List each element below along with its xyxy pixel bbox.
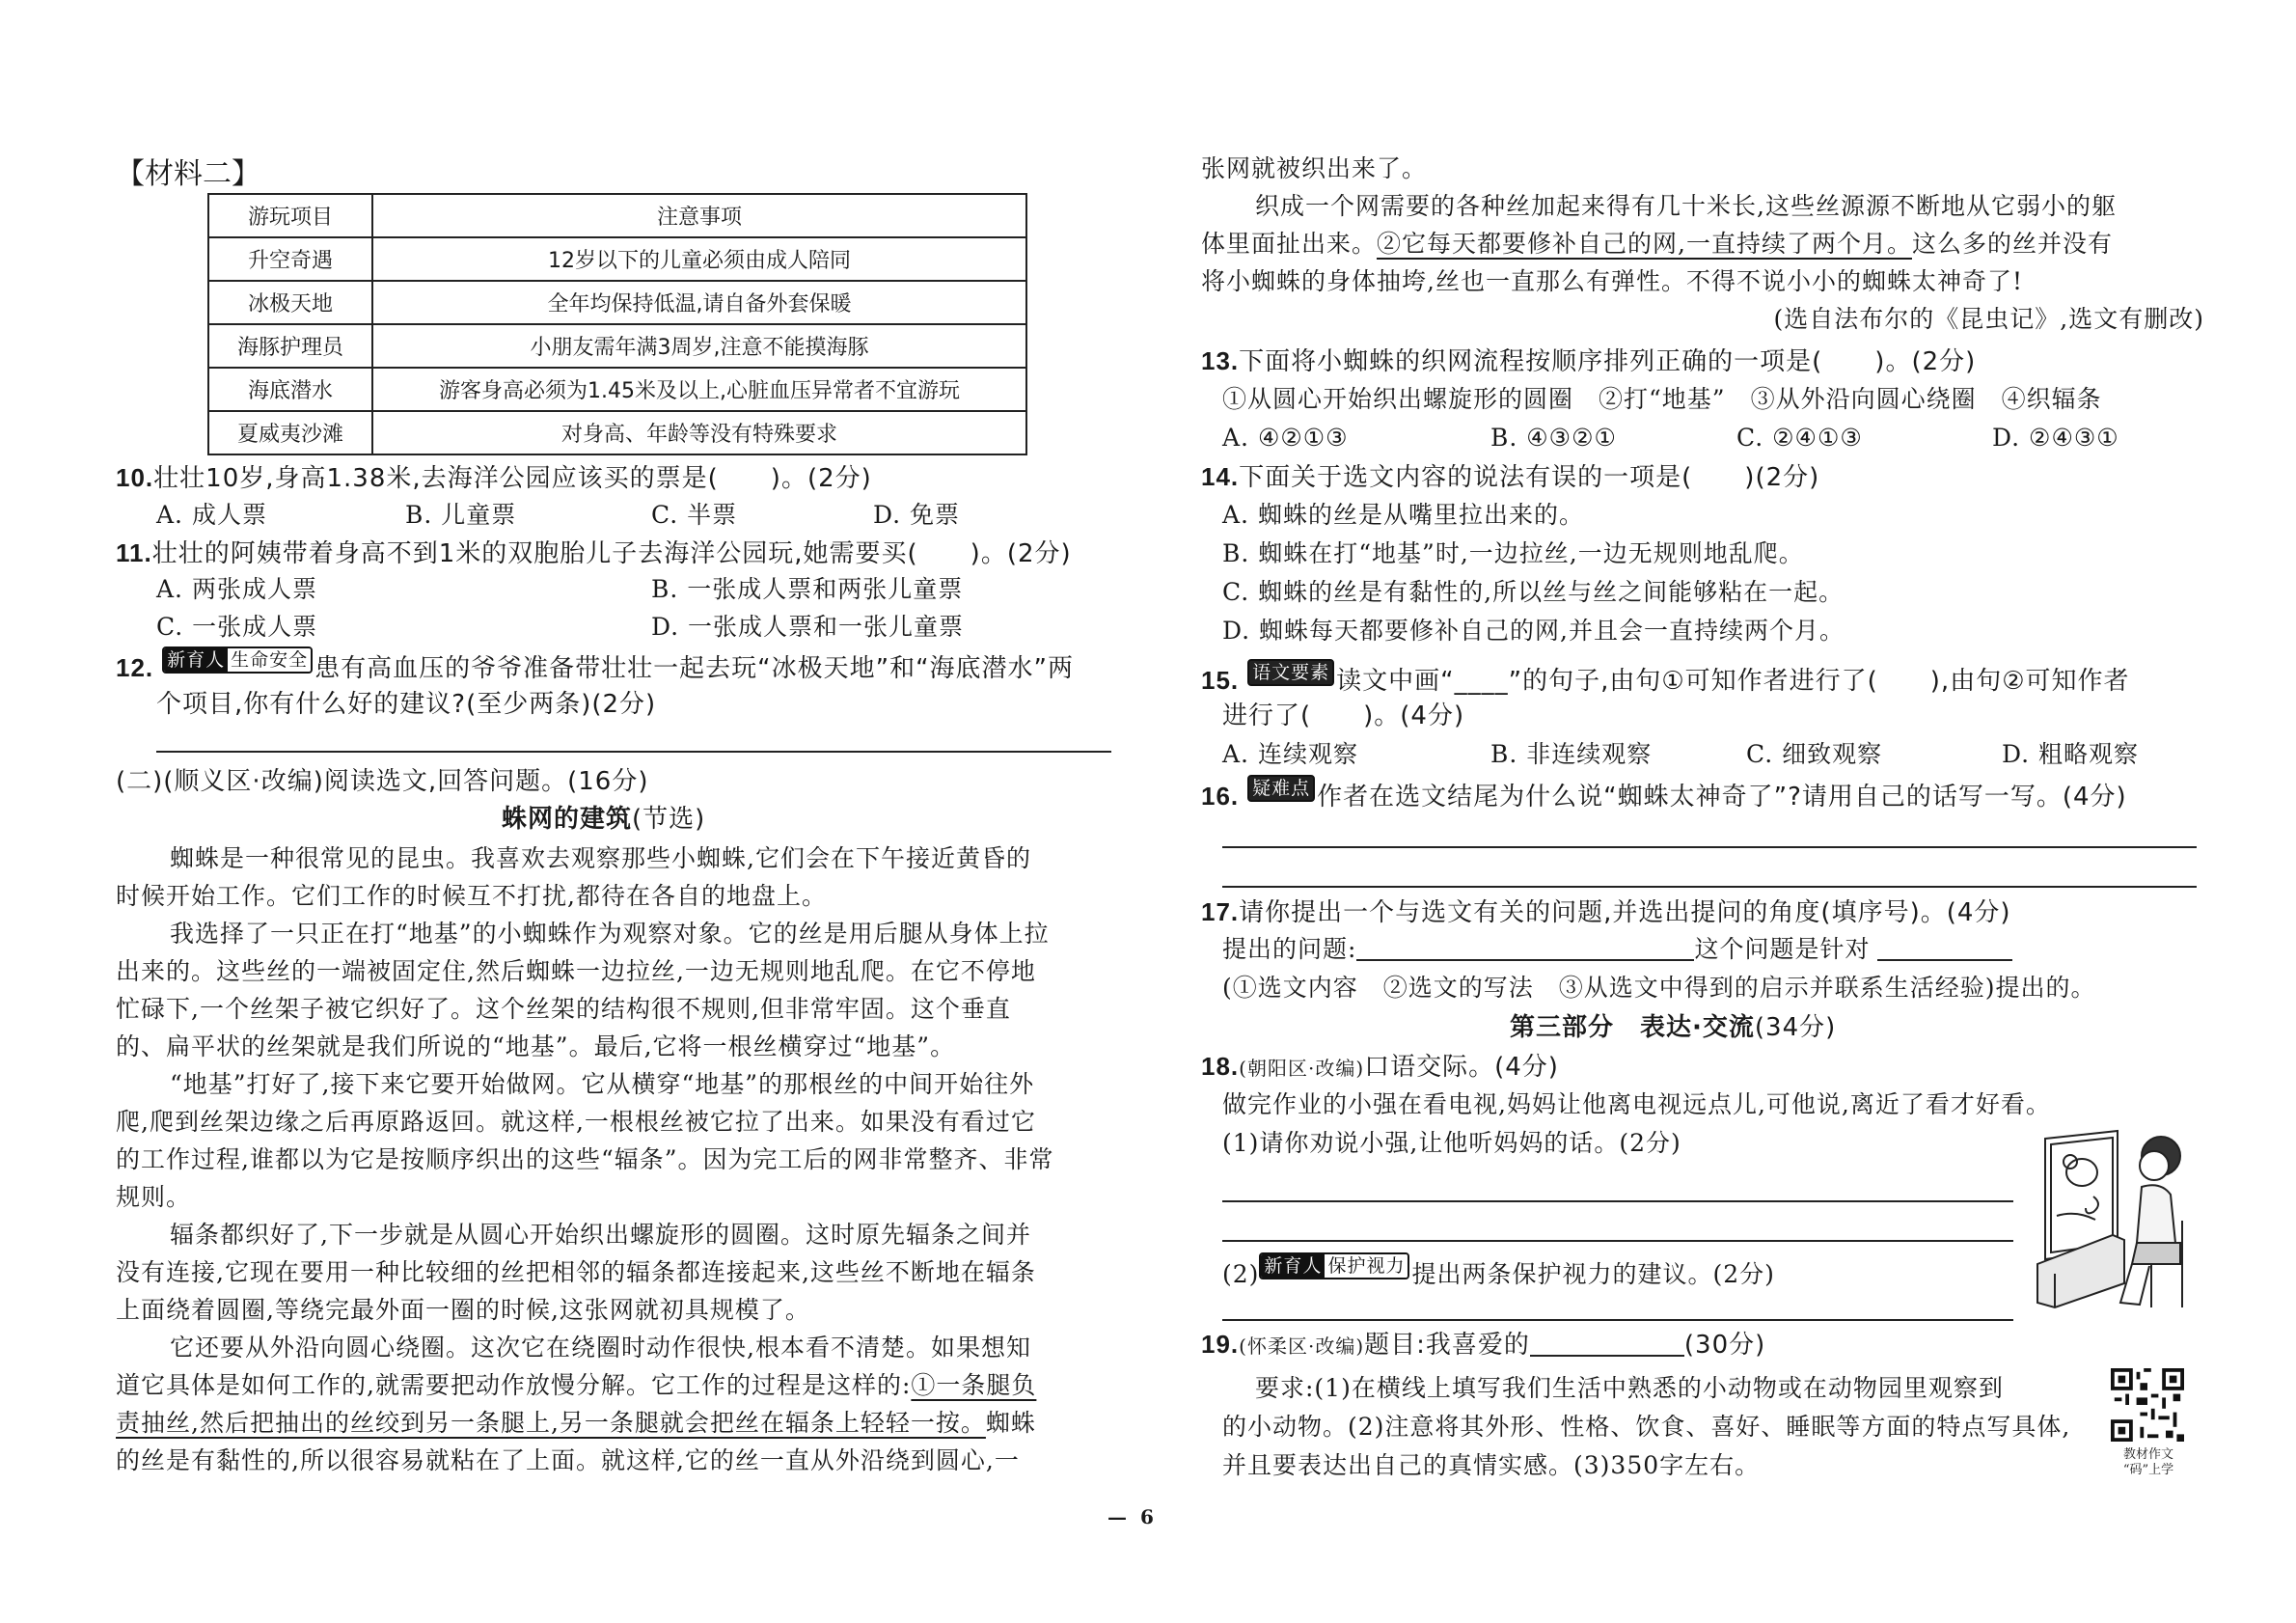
passage-source: (选自法布尔的《昆虫记》,选文有删改) [1774,300,2204,339]
passage-p5-l2: 道它具体是如何工作的,就需要把动作放慢分解。它工作的过程是这样的:①一条腿负 [116,1366,1036,1405]
q12-stem-line2: 个项目,你有什么好的建议?(至少两条)(2分) [156,685,656,724]
q10-option-d[interactable]: D. 免票 [873,496,960,535]
table-cell: 全年均保持低温,请自备外套保暖 [372,281,1026,324]
q15-stem-line2: 进行了( )。(4分) [1222,697,1464,735]
qr-code-icon[interactable] [2111,1368,2184,1442]
passage-p6-l1: 织成一个网需要的各种丝加起来得有几十米长,这些丝源源不断地从它弱小的躯 [1255,187,2117,226]
passage-p4-l1: 辐条都织好了,下一步就是从圆心开始织出螺旋形的圆圈。这时原先辐条之间并 [170,1216,1031,1254]
difficult-point-tag: 疑难点 [1247,775,1315,802]
q13-option-d[interactable]: D. ②④③① [1992,419,2119,457]
chinese-elements-tag: 语文要素 [1247,659,1334,686]
q14-option-d[interactable]: D. 蜘蛛每天都要修补自己的网,并且会一直持续两个月。 [1222,612,1845,650]
q18-sub1: (1)请你劝说小强,让他听妈妈的话。(2分) [1222,1124,1681,1163]
table-row: 海豚护理员 小朋友需年满3周岁,注意不能摸海豚 [208,324,1026,368]
question-12: 12. 新育人生命安全患有高血压的爷爷准备带壮壮一起去玩“冰极天地”和“海底潜水… [116,646,1074,688]
material2-heading: 【材料二】 [116,150,260,192]
qr-caption: 教材作文 “码”上学 [2113,1447,2184,1478]
question-16: 16. 疑难点作者在选文结尾为什么说“蜘蛛太神奇了”?请用自己的话写一写。(4分… [1201,775,2127,816]
passage-p2-l4: 的、扁平状的丝架就是我们所说的“地基”。最后,它将一根丝横穿过“地基”。 [116,1028,955,1066]
q17-question-blank[interactable] [1356,934,1694,961]
table-cell: 升空奇遇 [208,237,372,281]
passage-p4-l3: 上面绕着圆圈,等绕完最外面一圈的时候,这张网就初具规模了。 [116,1291,810,1330]
section2-intro: (二)(顺义区·改编)阅读选文,回答问题。(16分) [116,762,648,801]
q16-answer-line-2[interactable] [1222,886,2197,888]
passage-p4-l2: 没有连接,它现在要用一种比较细的丝把相邻的辐条都连接起来,这些丝不断地在辐条 [116,1253,1036,1292]
q14-option-a[interactable]: A. 蜘蛛的丝是从嘴里拉出来的。 [1222,496,1584,535]
q14-option-c[interactable]: C. 蜘蛛的丝是有黏性的,所以丝与丝之间能够粘在一起。 [1222,573,1844,612]
underlined-sentence-2: ②它每天都要修补自己的网,一直持续了两个月。 [1377,230,1912,258]
q15-option-b[interactable]: B. 非连续观察 [1490,735,1652,774]
new-education-tag: 新育人生命安全 [162,646,313,674]
q11-option-a[interactable]: A. 两张成人票 [156,570,317,609]
table-header-row: 游玩项目 注意事项 [208,194,1026,237]
q10-option-a[interactable]: A. 成人票 [156,496,267,535]
table-cell: 游客身高必须为1.45米及以上,心脏血压异常者不宜游玩 [372,368,1026,411]
table-header: 游玩项目 [208,194,372,237]
q18-sub2: (2)新育人保护视力提出两条保护视力的建议。(2分) [1222,1252,1775,1294]
q18-sub1-answer-line-1[interactable] [1222,1200,2013,1202]
passage-p3-l4: 规则。 [116,1178,191,1217]
passage-p5-l5: 张网就被织出来了。 [1201,150,1427,188]
passage-p2-l3: 忙碌下,一个丝架子被它织好了。这个丝架的结构很不规则,但非常牢固。这个垂直 [116,990,1011,1029]
table-cell: 冰极天地 [208,281,372,324]
new-education-tag: 新育人保护视力 [1259,1252,1409,1279]
q13-items: ①从圆心开始织出螺旋形的圆圈 ②打“地基” ③从外沿向圆心绕圈 ④织辐条 [1222,380,2102,419]
table-cell: 夏威夷沙滩 [208,411,372,454]
q16-answer-line-1[interactable] [1222,846,2197,848]
q17-angles: (①选文内容 ②选文的写法 ③从选文中得到的启示并联系生活经验)提出的。 [1222,969,2096,1007]
q10-option-b[interactable]: B. 儿童票 [405,496,516,535]
q18-sub1-answer-line-2[interactable] [1222,1240,2013,1242]
q19-req-l1: 要求:(1)在横线上填写我们生活中熟悉的小动物或在动物园里观察到 [1255,1369,2004,1408]
q18-scenario: 做完作业的小强在看电视,妈妈让他离电视远点儿,可他说,离近了看才好看。 [1222,1086,2051,1124]
passage-p2-l1: 我选择了一只正在打“地基”的小蜘蛛作为观察对象。它的丝是用后腿从身体上拉 [170,915,1050,953]
question-17: 17.请你提出一个与选文有关的问题,并选出提问的角度(填序号)。(4分) [1201,893,2011,932]
q17-question-row: 提出的问题:这个问题是针对 [1222,930,2012,969]
q18-sub2-answer-line[interactable] [1222,1319,2013,1321]
table-cell: 12岁以下的儿童必须由成人陪同 [372,237,1026,281]
q13-option-c[interactable]: C. ②④①③ [1736,419,1863,457]
passage-p5-l1: 它还要从外沿向圆心绕圈。这次它在绕圈时动作很快,根本看不清楚。如果想知 [170,1329,1031,1367]
passage-p6-l2: 体里面扯出来。②它每天都要修补自己的网,一直持续了两个月。这么多的丝并没有 [1201,225,2113,263]
question-14: 14.下面关于选文内容的说法有误的一项是( )(2分) [1201,457,1819,497]
q19-req-l3: 并且要表达出自己的真情实感。(3)350字左右。 [1222,1446,1760,1485]
table-cell: 对身高、年龄等没有特殊要求 [372,411,1026,454]
table-cell: 小朋友需年满3周岁,注意不能摸海豚 [372,324,1026,368]
q12-answer-line[interactable] [156,751,1111,753]
question-15: 15. 语文要素读文中画“____”的句子,由句①可知作者进行了( ),由句②可… [1201,659,2130,701]
underlined-sentence-1-cont: 责抽丝,然后把抽出的丝绞到另一条腿上,另一条腿就会把丝在辐条上轻轻一按。 [116,1409,986,1437]
page-number: — 6 [1107,1505,1154,1528]
passage-title: 蛛网的建筑(节选) [502,800,705,839]
q13-option-b[interactable]: B. ④③②① [1490,419,1617,457]
q10-option-c[interactable]: C. 半票 [651,496,737,535]
question-13: 13.下面将小蜘蛛的织网流程按顺序排列正确的一项是( )。(2分) [1201,342,1976,381]
q13-option-a[interactable]: A. ④②①③ [1222,419,1349,457]
underlined-sentence-1: ①一条腿负 [911,1371,1036,1399]
q11-option-c[interactable]: C. 一张成人票 [156,608,317,646]
question-11: 11.壮壮的阿姨带着身高不到1米的双胞胎儿子去海洋公园玩,她需要买( )。(2分… [116,534,1072,573]
table-row: 升空奇遇 12岁以下的儿童必须由成人陪同 [208,237,1026,281]
q17-angle-blank[interactable] [1877,934,2012,961]
passage-p6-l3: 将小蜘蛛的身体抽垮,丝也一直那么有弹性。不得不说小小的蜘蛛太神奇了! [1201,262,2023,301]
passage-p3-l1: “地基”打好了,接下来它要开始做网。它从横穿“地基”的那根丝的中间开始往外 [170,1065,1034,1104]
passage-p5-l3: 责抽丝,然后把抽出的丝绞到另一条腿上,另一条腿就会把丝在辐条上轻轻一按。蜘蛛 [116,1404,1036,1443]
boy-watching-tv-illustration [2036,1129,2200,1317]
passage-p3-l2: 爬,爬到丝架边缘之后再原路返回。就这样,一根根丝被它拉了出来。如果没有看过它 [116,1103,1036,1142]
question-18: 18.(朝阳区·改编)口语交际。(4分) [1201,1047,1559,1087]
q19-title-blank[interactable] [1530,1330,1684,1357]
table-row: 夏威夷沙滩 对身高、年龄等没有特殊要求 [208,411,1026,454]
q19-req-l2: 的小动物。(2)注意将其外形、性格、饮食、喜好、睡眠等方面的特点写具体, [1222,1408,2070,1446]
material2-table: 游玩项目 注意事项 升空奇遇 12岁以下的儿童必须由成人陪同 冰极天地 全年均保… [207,193,1027,455]
table-header: 注意事项 [372,194,1026,237]
table-row: 海底潜水 游客身高必须为1.45米及以上,心脏血压异常者不宜游玩 [208,368,1026,411]
table-cell: 海底潜水 [208,368,372,411]
passage-p1-l1: 蜘蛛是一种很常见的昆虫。我喜欢去观察那些小蜘蛛,它们会在下午接近黄昏的 [170,839,1031,878]
passage-p1-l2: 时候开始工作。它们工作的时候互不打扰,都待在各自的地盘上。 [116,877,827,916]
passage-p5-l4: 的丝是有黏性的,所以很容易就粘在了上面。就这样,它的丝一直从外沿绕到圆心,一 [116,1442,1020,1480]
q14-option-b[interactable]: B. 蜘蛛在打“地基”时,一边拉丝,一边无规则地乱爬。 [1222,535,1804,573]
table-row: 冰极天地 全年均保持低温,请自备外套保暖 [208,281,1026,324]
passage-p3-l3: 的工作过程,谁都以为它是按顺序织出的这些“辐条”。因为完工后的网非常整齐、非常 [116,1141,1054,1179]
question-10: 10.壮壮10岁,身高1.38米,去海洋公园应该买的票是( )。(2分) [116,458,872,498]
table-cell: 海豚护理员 [208,324,372,368]
q11-option-b[interactable]: B. 一张成人票和两张儿童票 [651,570,963,609]
question-19: 19.(怀柔区·改编)题目:我喜爱的(30分) [1201,1325,1765,1365]
part3-title: 第三部分 表达·交流(34分) [1510,1008,1836,1047]
passage-p2-l2: 出来的。这些丝的一端被固定住,然后蜘蛛一边拉丝,一边无规则地乱爬。在它不停地 [116,952,1036,991]
q15-option-a[interactable]: A. 连续观察 [1222,735,1358,774]
q11-option-d[interactable]: D. 一张成人票和一张儿童票 [651,608,964,646]
q15-option-c[interactable]: C. 细致观察 [1746,735,1882,774]
q15-option-d[interactable]: D. 粗略观察 [2002,735,2139,774]
